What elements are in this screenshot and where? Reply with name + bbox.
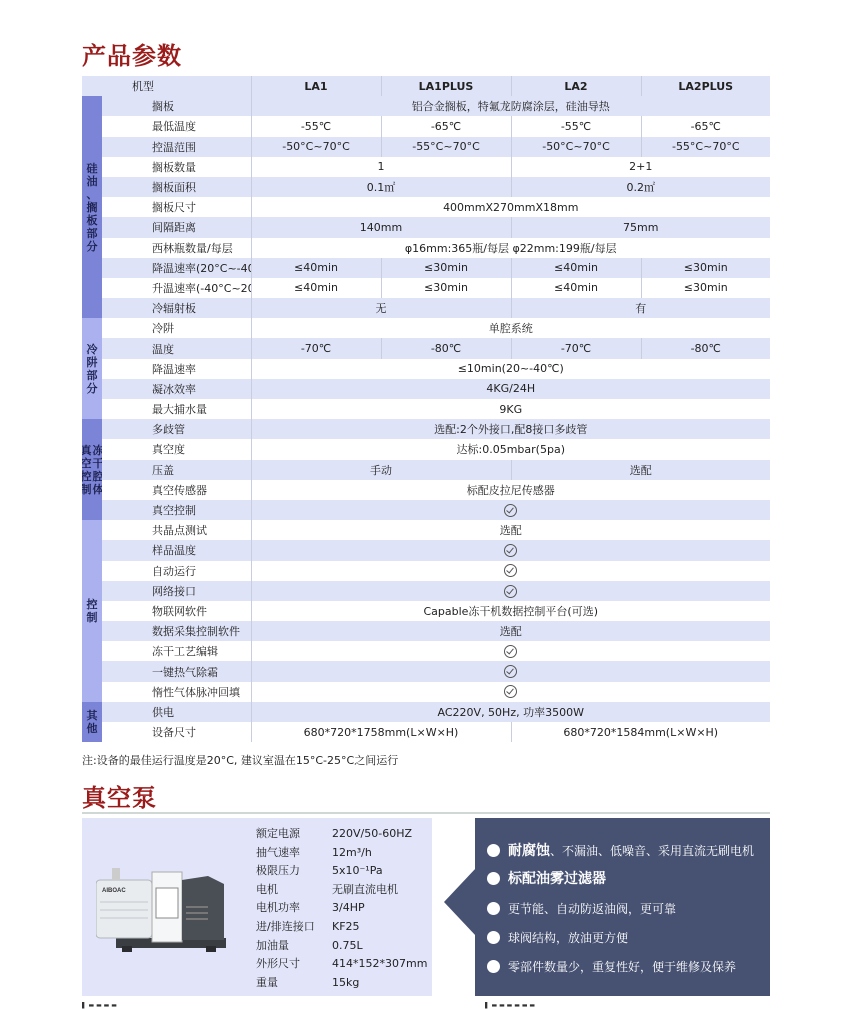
table-row: 网络接口 xyxy=(82,581,770,601)
row-label: 网络接口 xyxy=(102,581,251,601)
spec-key: 电机 xyxy=(256,881,332,900)
cropped-footer-text-left: ▌ ▬ ▬ ▬ ▬ xyxy=(82,1002,232,1009)
section-label: 硅油、搁板部分 xyxy=(82,96,102,318)
table-row: 控制共晶点测试选配 xyxy=(82,520,770,540)
pump-spec-row: 加油量0.75L xyxy=(256,937,427,956)
table-row: 样品温度 xyxy=(82,540,770,560)
row-label: 搁板 xyxy=(102,96,251,116)
value-cell: ≤30min xyxy=(381,278,511,298)
feature-item: 零部件数量少，重复性好，便于维修及保养 xyxy=(487,958,736,975)
row-label: 温度 xyxy=(102,338,251,358)
value-cell: 选配 xyxy=(251,520,770,540)
row-label: 自动运行 xyxy=(102,561,251,581)
value-cell: 选配:2个外接口,配8接口多歧管 xyxy=(251,419,770,439)
value-cell: ≤40min xyxy=(511,258,641,278)
table-row: 搁板面积0.1㎡0.2㎡ xyxy=(82,177,770,197)
value-cell: 单腔系统 xyxy=(251,318,770,338)
row-label: 样品温度 xyxy=(102,540,251,560)
value-cell: -55℃ xyxy=(251,116,381,136)
row-label: 真空传感器 xyxy=(102,480,251,500)
section-label: 其他 xyxy=(82,702,102,742)
value-cell: -70℃ xyxy=(511,338,641,358)
check-circle-icon xyxy=(504,685,517,698)
spec-value: KF25 xyxy=(332,918,360,937)
model-la1plus: LA1PLUS xyxy=(381,76,511,96)
value-cell: 手动 xyxy=(251,460,511,480)
table-row: 搁板数量12+1 xyxy=(82,157,770,177)
row-label: 最低温度 xyxy=(102,116,251,136)
pump-spec-row: 极限压力5x10⁻¹Pa xyxy=(256,862,427,881)
value-cell: φ16mm:365瓶/每层 φ22mm:199瓶/每层 xyxy=(251,238,770,258)
row-label: 冻干工艺编辑 xyxy=(102,641,251,661)
value-cell: 4KG/24H xyxy=(251,379,770,399)
pump-spec-row: 进/排连接口KF25 xyxy=(256,918,427,937)
value-cell: ≤30min xyxy=(381,258,511,278)
pump-spec-row: 抽气速率12m³/h xyxy=(256,844,427,863)
pump-spec-row: 电机功率3/4HP xyxy=(256,899,427,918)
row-label: 压盖 xyxy=(102,460,251,480)
value-cell: 9KG xyxy=(251,399,770,419)
spec-value: 220V/50-60HZ xyxy=(332,825,412,844)
header-label: 机型 xyxy=(82,76,251,96)
check-cell xyxy=(251,561,770,581)
pump-spec-panel: AIBOAC 额定电源220V/50-60HZ抽气速率12m³/h极限压力5x1… xyxy=(82,818,432,996)
feature-item: 标配油雾过滤器 xyxy=(487,868,606,888)
spec-key: 抽气速率 xyxy=(256,844,332,863)
row-label: 搁板面积 xyxy=(102,177,251,197)
value-cell: ≤10min(20~-40℃) xyxy=(251,359,770,379)
table-header-row: 机型LA1LA1PLUSLA2LA2PLUS xyxy=(82,76,770,96)
check-cell xyxy=(251,581,770,601)
value-cell: 680*720*1584mm(L×W×H) xyxy=(511,722,770,742)
row-label: 一键热气除霜 xyxy=(102,661,251,681)
value-cell: 2+1 xyxy=(511,157,770,177)
pump-features-panel: 耐腐蚀、不漏油、低噪音、采用直流无刷电机标配油雾过滤器更节能、自动防返油阀，更可… xyxy=(475,818,770,996)
table-row: 设备尺寸680*720*1758mm(L×W×H)680*720*1584mm(… xyxy=(82,722,770,742)
cropped-footer-text-right: ▌ ▬ ▬ ▬ ▬ ▬ ▬ xyxy=(485,1002,715,1009)
row-label: 物联网软件 xyxy=(102,601,251,621)
row-label: 最大捕水量 xyxy=(102,399,251,419)
table-row: 升温速率(-40°C~20°C)≤40min≤30min≤40min≤30min xyxy=(82,278,770,298)
divider xyxy=(82,812,770,814)
table-row: 数据采集控制软件选配 xyxy=(82,621,770,641)
row-label: 设备尺寸 xyxy=(102,722,251,742)
table-row: 控温范围-50°C~70°C-55°C~70°C-50°C~70°C-55°C~… xyxy=(82,137,770,157)
value-cell: -65℃ xyxy=(381,116,511,136)
value-cell: ≤40min xyxy=(251,258,381,278)
row-label: 凝冰效率 xyxy=(102,379,251,399)
check-cell xyxy=(251,682,770,702)
spec-value: 5x10⁻¹Pa xyxy=(332,862,383,881)
value-cell: 0.1㎡ xyxy=(251,177,511,197)
row-label: 间隔距离 xyxy=(102,217,251,237)
row-label: 升温速率(-40°C~20°C) xyxy=(102,278,251,298)
row-label: 搁板尺寸 xyxy=(102,197,251,217)
value-cell: ≤30min xyxy=(641,278,770,298)
section-label: 冷阱部分 xyxy=(82,318,102,419)
value-cell: 1 xyxy=(251,157,511,177)
value-cell: -55°C~70°C xyxy=(641,137,770,157)
bullet-icon xyxy=(487,931,500,944)
pump-spec-row: 额定电源220V/50-60HZ xyxy=(256,825,427,844)
value-cell: 无 xyxy=(251,298,511,318)
table-row: 真空度达标:0.05mbar(5pa) xyxy=(82,439,770,459)
model-la1: LA1 xyxy=(251,76,381,96)
table-row: 冷阱部分冷阱单腔系统 xyxy=(82,318,770,338)
row-label: 冷辐射板 xyxy=(102,298,251,318)
spec-key: 进/排连接口 xyxy=(256,918,332,937)
check-cell xyxy=(251,540,770,560)
check-cell xyxy=(251,661,770,681)
row-label: 数据采集控制软件 xyxy=(102,621,251,641)
feature-item: 更节能、自动防返油阀，更可靠 xyxy=(487,900,676,917)
value-cell: 680*720*1758mm(L×W×H) xyxy=(251,722,511,742)
value-cell: -70℃ xyxy=(251,338,381,358)
bullet-icon xyxy=(487,902,500,915)
table-row: 最低温度-55℃-65℃-55℃-65℃ xyxy=(82,116,770,136)
bullet-icon xyxy=(487,872,500,885)
row-label: 控温范围 xyxy=(102,137,251,157)
table-row: 凝冰效率4KG/24H xyxy=(82,379,770,399)
value-cell: 0.2㎡ xyxy=(511,177,770,197)
callout-arrow xyxy=(444,868,476,936)
check-circle-icon xyxy=(504,645,517,658)
table-row: 物联网软件Capable冻干机数据控制平台(可选) xyxy=(82,601,770,621)
section-label: 真空控制冻干腔体 xyxy=(82,419,102,520)
spec-value: 0.75L xyxy=(332,937,363,956)
pump-spec-list: 额定电源220V/50-60HZ抽气速率12m³/h极限压力5x10⁻¹Pa电机… xyxy=(256,825,427,992)
table-row: 西林瓶数量/每层φ16mm:365瓶/每层 φ22mm:199瓶/每层 xyxy=(82,238,770,258)
value-cell: 140mm xyxy=(251,217,511,237)
row-label: 冷阱 xyxy=(102,318,251,338)
spec-value: 414*152*307mm xyxy=(332,955,427,974)
value-cell: -55°C~70°C xyxy=(381,137,511,157)
table-row: 冻干工艺编辑 xyxy=(82,641,770,661)
value-cell: 有 xyxy=(511,298,770,318)
model-la2plus: LA2PLUS xyxy=(641,76,770,96)
svg-text:AIBOAC: AIBOAC xyxy=(102,888,126,894)
spec-value: 无刷直流电机 xyxy=(332,881,398,900)
check-cell xyxy=(251,500,770,520)
value-cell: 标配皮拉尼传感器 xyxy=(251,480,770,500)
vacuum-pump-image: AIBOAC xyxy=(96,858,236,958)
spec-key: 额定电源 xyxy=(256,825,332,844)
row-label: 真空度 xyxy=(102,439,251,459)
check-circle-icon xyxy=(504,504,517,517)
value-cell: Capable冻干机数据控制平台(可选) xyxy=(251,601,770,621)
value-cell: -50°C~70°C xyxy=(251,137,381,157)
row-label: 降温速率 xyxy=(102,359,251,379)
table-row: 真空控制 xyxy=(82,500,770,520)
value-cell: -80℃ xyxy=(381,338,511,358)
value-cell: 选配 xyxy=(251,621,770,641)
table-row: 压盖手动选配 xyxy=(82,460,770,480)
pump-spec-row: 外形尺寸414*152*307mm xyxy=(256,955,427,974)
check-circle-icon xyxy=(504,665,517,678)
spec-key: 外形尺寸 xyxy=(256,955,332,974)
table-row: 间隔距离140mm75mm xyxy=(82,217,770,237)
value-cell: ≤40min xyxy=(511,278,641,298)
note-text: 注:设备的最佳运行温度是20°C, 建议室温在15°C-25°C之间运行 xyxy=(82,752,398,768)
spec-table: 机型LA1LA1PLUSLA2LA2PLUS硅油、搁板部分搁板铝合金搁板，特氟龙… xyxy=(82,76,770,742)
page-title-pump: 真空泵 xyxy=(82,778,157,813)
value-cell: 铝合金搁板，特氟龙防腐涂层，硅油导热 xyxy=(251,96,770,116)
value-cell: -65℃ xyxy=(641,116,770,136)
value-cell: -55℃ xyxy=(511,116,641,136)
value-cell: AC220V, 50Hz, 功率3500W xyxy=(251,702,770,722)
value-cell: ≤30min xyxy=(641,258,770,278)
table-row: 温度-70℃-80℃-70℃-80℃ xyxy=(82,338,770,358)
check-circle-icon xyxy=(504,564,517,577)
table-row: 其他供电AC220V, 50Hz, 功率3500W xyxy=(82,702,770,722)
table-row: 降温速率≤10min(20~-40℃) xyxy=(82,359,770,379)
pump-spec-row: 重量15kg xyxy=(256,974,427,993)
value-cell: 达标:0.05mbar(5pa) xyxy=(251,439,770,459)
pump-spec-row: 电机无刷直流电机 xyxy=(256,881,427,900)
row-label: 真空控制 xyxy=(102,500,251,520)
spec-key: 重量 xyxy=(256,974,332,993)
table-row: 搁板尺寸400mmX270mmX18mm xyxy=(82,197,770,217)
row-label: 惰性气体脉冲回填 xyxy=(102,682,251,702)
table-row: 一键热气除霜 xyxy=(82,661,770,681)
check-circle-icon xyxy=(504,544,517,557)
table-row: 最大捕水量9KG xyxy=(82,399,770,419)
spec-value: 3/4HP xyxy=(332,899,365,918)
bullet-icon xyxy=(487,960,500,973)
spec-key: 电机功率 xyxy=(256,899,332,918)
value-cell: 选配 xyxy=(511,460,770,480)
spec-value: 15kg xyxy=(332,974,359,993)
value-cell: -50°C~70°C xyxy=(511,137,641,157)
bullet-icon xyxy=(487,844,500,857)
row-label: 共晶点测试 xyxy=(102,520,251,540)
model-la2: LA2 xyxy=(511,76,641,96)
table-row: 降温速率(20°C~-40°C)≤40min≤30min≤40min≤30min xyxy=(82,258,770,278)
check-cell xyxy=(251,641,770,661)
table-row: 硅油、搁板部分搁板铝合金搁板，特氟龙防腐涂层，硅油导热 xyxy=(82,96,770,116)
table-row: 真空控制冻干腔体多歧管选配:2个外接口,配8接口多歧管 xyxy=(82,419,770,439)
feature-item: 耐腐蚀、不漏油、低噪音、采用直流无刷电机 xyxy=(487,840,754,860)
page-title-params: 产品参数 xyxy=(82,36,182,71)
value-cell: 400mmX270mmX18mm xyxy=(251,197,770,217)
section-label: 控制 xyxy=(82,520,102,702)
row-label: 搁板数量 xyxy=(102,157,251,177)
table-row: 真空传感器标配皮拉尼传感器 xyxy=(82,480,770,500)
feature-item: 球阀结构，放油更方便 xyxy=(487,929,628,946)
row-label: 供电 xyxy=(102,702,251,722)
spec-key: 极限压力 xyxy=(256,862,332,881)
spec-key: 加油量 xyxy=(256,937,332,956)
table-row: 冷辐射板无有 xyxy=(82,298,770,318)
value-cell: 75mm xyxy=(511,217,770,237)
value-cell: ≤40min xyxy=(251,278,381,298)
spec-value: 12m³/h xyxy=(332,844,372,863)
row-label: 多歧管 xyxy=(102,419,251,439)
check-circle-icon xyxy=(504,585,517,598)
table-row: 惰性气体脉冲回填 xyxy=(82,682,770,702)
row-label: 西林瓶数量/每层 xyxy=(102,238,251,258)
row-label: 降温速率(20°C~-40°C) xyxy=(102,258,251,278)
value-cell: -80℃ xyxy=(641,338,770,358)
table-row: 自动运行 xyxy=(82,561,770,581)
